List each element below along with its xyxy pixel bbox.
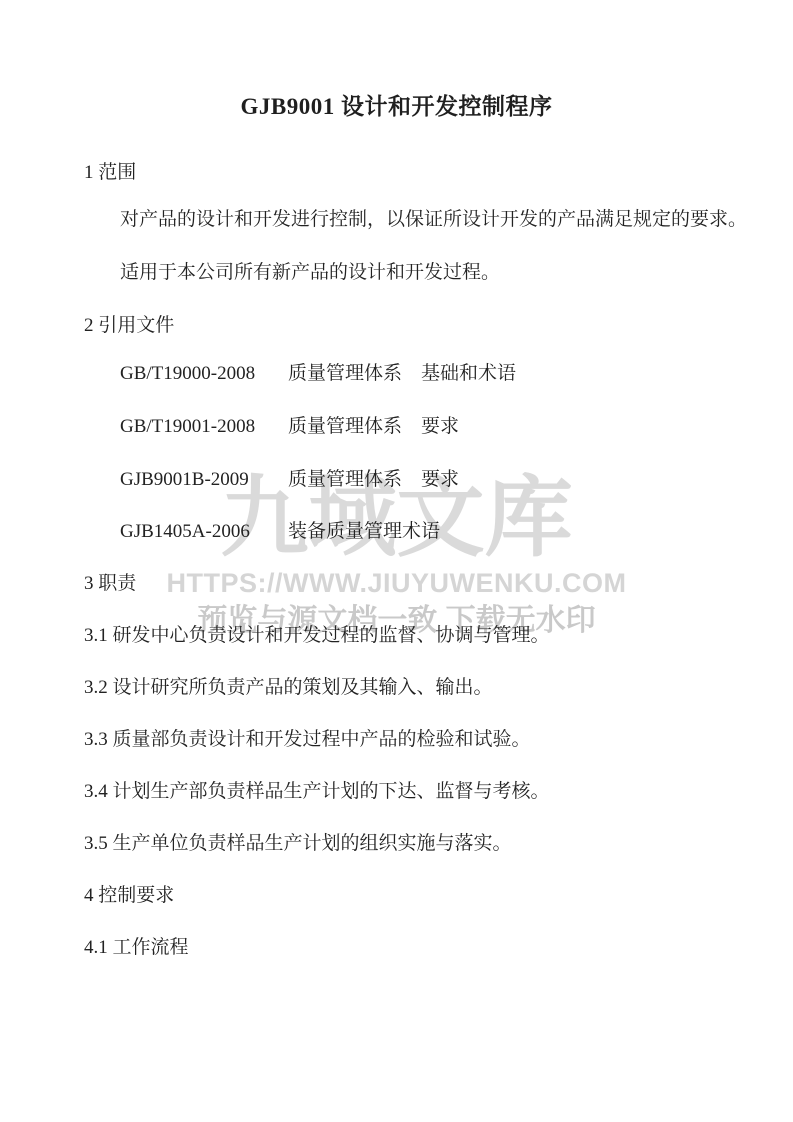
reference-code: GB/T19000-2008 <box>120 361 288 387</box>
duty-item-3-3: 3.3 质量部负责设计和开发过程中产品的检验和试验。 <box>84 727 531 753</box>
reference-item: GB/T19001-2008质量管理体系 要求 <box>120 414 459 440</box>
heading-duties: 3 职责 <box>84 571 136 597</box>
document-page: 九域文库 HTTPS://WWW.JIUYUWENKU.COM 预览与源文档一致… <box>0 0 793 1122</box>
document-content: GJB9001 设计和开发控制程序 1 范围 对产品的设计和开发进行控制，以保证… <box>0 0 793 1122</box>
scope-paragraph-1: 对产品的设计和开发进行控制，以保证所设计开发的产品满足规定的要求。 <box>120 207 747 233</box>
reference-item: GJB9001B-2009质量管理体系 要求 <box>120 467 459 493</box>
reference-desc: 质量管理体系 要求 <box>288 416 459 437</box>
reference-item: GJB1405A-2006装备质量管理术语 <box>120 519 440 545</box>
duty-item-3-4: 3.4 计划生产部负责样品生产计划的下达、监督与考核。 <box>84 779 550 805</box>
reference-code: GJB1405A-2006 <box>120 519 288 545</box>
heading-references: 2 引用文件 <box>84 313 174 339</box>
reference-desc: 装备质量管理术语 <box>288 521 440 542</box>
reference-desc: 质量管理体系 基础和术语 <box>288 363 516 384</box>
duty-item-3-2: 3.2 设计研究所负责产品的策划及其输入、输出。 <box>84 675 493 701</box>
heading-control-requirements: 4 控制要求 <box>84 883 174 909</box>
reference-code: GJB9001B-2009 <box>120 467 288 493</box>
duty-item-3-1: 3.1 研发中心负责设计和开发过程的监督、协调与管理。 <box>84 623 550 649</box>
reference-item: GB/T19000-2008质量管理体系 基础和术语 <box>120 361 516 387</box>
heading-workflow: 4.1 工作流程 <box>84 935 189 961</box>
reference-code: GB/T19001-2008 <box>120 414 288 440</box>
duty-item-3-5: 3.5 生产单位负责样品生产计划的组织实施与落实。 <box>84 831 512 857</box>
scope-paragraph-2: 适用于本公司所有新产品的设计和开发过程。 <box>120 260 500 286</box>
heading-scope: 1 范围 <box>84 160 136 186</box>
document-title: GJB9001 设计和开发控制程序 <box>0 88 793 121</box>
reference-desc: 质量管理体系 要求 <box>288 469 459 490</box>
